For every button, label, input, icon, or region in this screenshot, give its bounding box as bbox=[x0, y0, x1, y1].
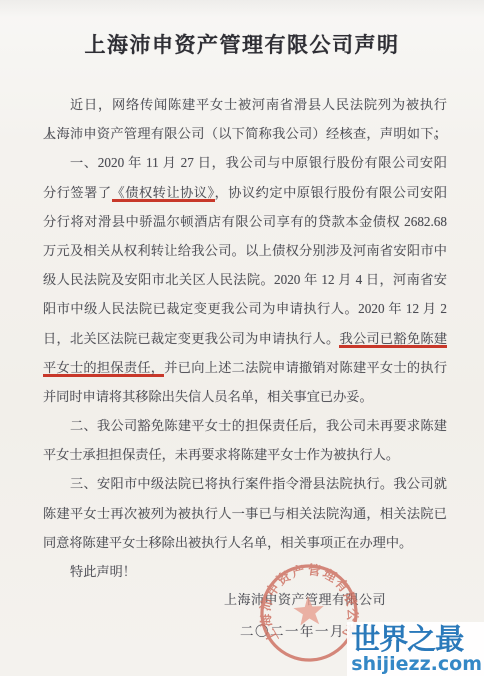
text-line: 平女士的担保责任，并已向上述二法院申请撤销对陈建平女士的执行 bbox=[43, 353, 447, 382]
document-title: 上海沛申资产管理有限公司声明 bbox=[0, 31, 484, 59]
text-line: 特此声明！ bbox=[43, 557, 447, 586]
text-line: 万元及相关从权利转让给我公司。以上债权分别涉及河南省安阳市中 bbox=[43, 236, 447, 265]
watermark-title: 世界之最 bbox=[351, 625, 482, 654]
watermark-site: shijiezz.com bbox=[351, 655, 482, 674]
text-line: 并同时申请将其移除出失信人员名单，相关事宜已办妥。 bbox=[43, 382, 447, 411]
text-line: 分行将对滑县中骄温尔顿酒店有限公司享有的贷款本金债权 2682.68 bbox=[43, 207, 447, 236]
star-icon bbox=[293, 595, 325, 626]
text-line: 分行签署了《债权转让协议》，协议约定中原银行股份有限公司安阳 bbox=[43, 178, 447, 207]
text-line: 阳市中级人民法院已裁定变更我公司为申请执行人。2020 年 12 月 2 bbox=[43, 294, 447, 323]
red-underline-mark: 《债权转让协议》 bbox=[112, 185, 215, 203]
text-line: 二、我公司豁免陈建平女士的担保责任后，我公司未再要求陈建 bbox=[43, 411, 447, 440]
text-line: 平女士承担担保责任，未再要求将陈建平女士作为被执行人。 bbox=[43, 440, 447, 469]
text-line: 级人民法院及安阳市北关区人民法院。2020 年 12 月 4 日，河南省安 bbox=[43, 265, 447, 294]
text-line: 陈建平女士再次被列为被执行人一事已与相关法院沟通，相关法院已 bbox=[43, 499, 447, 528]
text-line: 同意将陈建平女士移除出被执行人名单，相关事项正在办理中。 bbox=[43, 528, 447, 557]
text-line: 一、2020 年 11 月 27 日，我公司与中原银行股份有限公司安阳 bbox=[43, 148, 447, 177]
text-line: 上海沛申资产管理有限公司（以下简称我公司）经核查，声明如下： bbox=[43, 119, 447, 148]
watermark: 世界之最 shijiezz.com bbox=[347, 622, 484, 676]
document-body: 近日，网络传闻陈建平女士被河南省滑县人民法院列为被执行人。上海沛申资产管理有限公… bbox=[43, 90, 447, 586]
red-underline-mark: 平女士的担保责任， bbox=[43, 360, 164, 378]
red-underline-mark: 我公司已豁免陈建 bbox=[339, 331, 447, 349]
text-line: 三、安阳市中级法院已将执行案件指令滑县法院执行。我公司就 bbox=[43, 469, 447, 498]
document-page: 上海沛申资产管理有限公司声明 近日，网络传闻陈建平女士被河南省滑县人民法院列为被… bbox=[0, 0, 484, 676]
text-line: 日，北关区法院已裁定变更我公司为申请执行人。我公司已豁免陈建 bbox=[43, 324, 447, 353]
text-line: 近日，网络传闻陈建平女士被河南省滑县人民法院列为被执行人。 bbox=[43, 90, 447, 119]
